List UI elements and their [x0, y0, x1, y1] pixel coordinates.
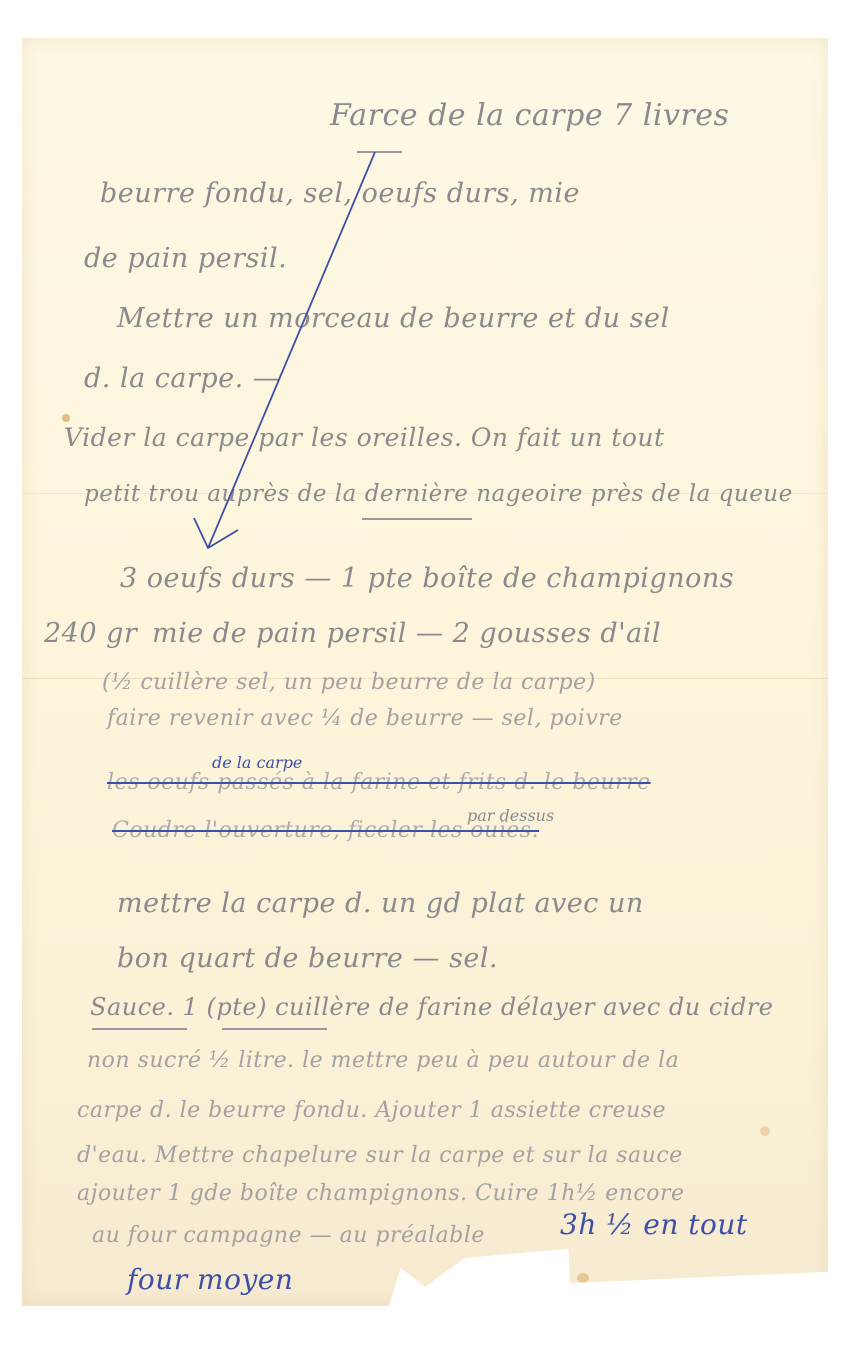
recipe-title: Farce de la carpe 7 livres — [330, 98, 729, 133]
title-underline — [357, 151, 402, 153]
margin-note-weight: 240 gr — [44, 618, 137, 649]
recipe-line: de pain persil. — [84, 243, 287, 274]
stain-spot — [62, 414, 70, 422]
handwritten-recipe-page: Farce de la carpe 7 livres beurre fondu,… — [22, 38, 828, 1306]
recipe-line-crossed: (½ cuillère sel, un peu beurre de la car… — [102, 670, 596, 695]
recipe-line: faire revenir avec ¼ de beurre — sel, po… — [107, 706, 623, 731]
recipe-line: ajouter 1 gde boîte champignons. Cuire 1… — [77, 1181, 684, 1206]
recipe-line: mettre la carpe d. un gd plat avec un — [117, 888, 644, 919]
recipe-line: au four campagne — au préalable — [92, 1223, 485, 1248]
recipe-line: d. la carpe. — — [84, 363, 280, 394]
cuillere-underline — [222, 1028, 327, 1030]
recipe-line: mie de pain persil — 2 gousses d'ail — [152, 618, 661, 649]
recipe-line: beurre fondu, sel, oeufs durs, mie — [100, 178, 580, 209]
recipe-line: 3 oeufs durs — 1 pte boîte de champignon… — [120, 563, 734, 594]
recipe-line: Vider la carpe par les oreilles. On fait… — [64, 423, 665, 452]
stain-spot — [577, 1273, 589, 1283]
recipe-line: Mettre un morceau de beurre et du sel — [117, 303, 670, 334]
recipe-line: petit trou auprès de la dernière nageoir… — [84, 481, 793, 507]
crossed-out-line: les oeufs passés à la farine et frits d.… — [107, 770, 651, 795]
crossed-out-line: Coudre l'ouverture, ficeler les ouïes. — [112, 818, 539, 843]
blue-ink-duration: 3h ½ en tout — [560, 1208, 748, 1241]
sauce-underline — [92, 1028, 187, 1030]
stain-spot — [760, 1126, 770, 1136]
recipe-line: carpe d. le beurre fondu. Ajouter 1 assi… — [77, 1098, 666, 1123]
separator-line — [362, 518, 472, 520]
sauce-line: Sauce. 1 (pte) cuillère de farine délaye… — [90, 993, 774, 1021]
recipe-line: bon quart de beurre — sel. — [117, 943, 498, 974]
blue-ink-oven-note: four moyen — [127, 1263, 293, 1296]
recipe-line: non sucré ½ litre. le mettre peu à peu a… — [87, 1048, 679, 1073]
recipe-line: d'eau. Mettre chapelure sur la carpe et … — [77, 1143, 683, 1168]
